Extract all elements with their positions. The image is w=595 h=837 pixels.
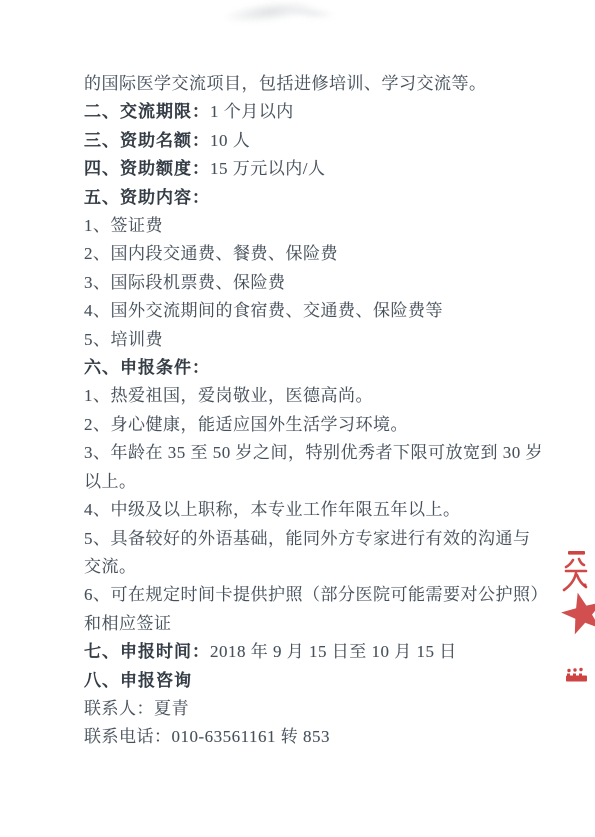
doc-line-heading: 四、资助额度： [84, 159, 210, 178]
red-seal-fragment [554, 546, 595, 694]
document-body: 的国际医学交流项目，包括进修培训、学习交流等。 二、交流期限：1 个月以内 三、… [84, 70, 554, 752]
doc-line-heading: 六、申报条件： [84, 358, 210, 377]
doc-line: 3、年龄在 35 至 50 岁之间，特别优秀者下限可放宽到 30 岁 [84, 439, 554, 467]
doc-line: 的国际医学交流项目，包括进修培训、学习交流等。 [84, 70, 554, 98]
doc-line-text: 2018 年 9 月 15 日至 10 月 15 日 [210, 642, 457, 661]
doc-line-text: 联系人：夏青 [84, 699, 189, 718]
doc-line-text: 2、国内段交通费、餐费、保险费 [84, 244, 338, 263]
doc-line-text: 1、签证费 [84, 216, 163, 235]
doc-line: 4、中级及以上职称，本专业工作年限五年以上。 [84, 496, 554, 524]
seal-star-icon [557, 588, 595, 637]
doc-line-text: 交流。 [84, 557, 137, 576]
doc-line: 1、签证费 [84, 212, 554, 240]
doc-line-text: 联系电话：010-63561161 转 853 [84, 727, 330, 746]
doc-line: 2、身心健康，能适应国外生活学习环境。 [84, 411, 554, 439]
doc-line-text: 4、国外交流期间的食宿费、交通费、保险费等 [84, 301, 443, 320]
doc-line-text: 6、可在规定时间卡提供护照（部分医院可能需要对公护照） [84, 585, 548, 604]
doc-line: 1、热爱祖国，爱岗敬业，医德高尚。 [84, 382, 554, 410]
doc-line-heading: 三、资助名额： [84, 131, 210, 150]
doc-line-text: 2、身心健康，能适应国外生活学习环境。 [84, 415, 408, 434]
doc-line-text: 1 个月以内 [210, 102, 294, 121]
seal-block-icon [566, 674, 587, 682]
doc-line: 5、培训费 [84, 326, 554, 354]
doc-line: 六、申报条件： [84, 354, 554, 382]
doc-line-heading: 五、资助内容： [84, 188, 210, 207]
doc-line-text: 4、中级及以上职称，本专业工作年限五年以上。 [84, 500, 461, 519]
doc-line: 二、交流期限：1 个月以内 [84, 98, 554, 126]
doc-line: 八、申报咨询 [84, 667, 554, 695]
doc-line: 交流。 [84, 553, 554, 581]
doc-line: 三、资助名额：10 人 [84, 127, 554, 155]
doc-line-heading: 七、申报时间： [84, 642, 210, 661]
doc-line-text: 的国际医学交流项目，包括进修培训、学习交流等。 [84, 74, 487, 93]
doc-line: 和相应签证 [84, 610, 554, 638]
doc-line: 联系电话：010-63561161 转 853 [84, 723, 554, 751]
doc-line-text: 3、年龄在 35 至 50 岁之间，特别优秀者下限可放宽到 30 岁 [84, 443, 543, 462]
doc-line: 以上。 [84, 468, 554, 496]
doc-line-heading: 八、申报咨询 [84, 671, 192, 690]
scan-smudge [221, 0, 318, 28]
seal-dots-icon [567, 668, 582, 672]
doc-line: 四、资助额度：15 万元以内/人 [84, 155, 554, 183]
doc-line: 5、具备较好的外语基础，能同外方专家进行有效的沟通与 [84, 525, 554, 553]
scan-smudge [288, 5, 337, 21]
doc-line-text: 和相应签证 [84, 614, 172, 633]
doc-line-text: 以上。 [84, 472, 137, 491]
doc-line: 6、可在规定时间卡提供护照（部分医院可能需要对公护照） [84, 581, 554, 609]
doc-line: 七、申报时间：2018 年 9 月 15 日至 10 月 15 日 [84, 638, 554, 666]
seal-bar-icon [568, 551, 585, 555]
doc-line-text: 15 万元以内/人 [210, 159, 325, 178]
doc-line: 五、资助内容： [84, 184, 554, 212]
doc-line-heading: 二、交流期限： [84, 102, 210, 121]
doc-line-text: 5、培训费 [84, 330, 163, 349]
doc-line: 2、国内段交通费、餐费、保险费 [84, 240, 554, 268]
seal-dot-icon [583, 583, 586, 586]
seal-character-icon [564, 559, 586, 590]
doc-line: 3、国际段机票费、保险费 [84, 269, 554, 297]
doc-line-text: 5、具备较好的外语基础，能同外方专家进行有效的沟通与 [84, 529, 531, 548]
doc-line: 4、国外交流期间的食宿费、交通费、保险费等 [84, 297, 554, 325]
scanned-page: 的国际医学交流项目，包括进修培训、学习交流等。 二、交流期限：1 个月以内 三、… [0, 0, 595, 837]
doc-line-text: 10 人 [210, 131, 250, 150]
doc-line: 联系人：夏青 [84, 695, 554, 723]
doc-line-text: 1、热爱祖国，爱岗敬业，医德高尚。 [84, 386, 373, 405]
doc-line-text: 3、国际段机票费、保险费 [84, 273, 286, 292]
